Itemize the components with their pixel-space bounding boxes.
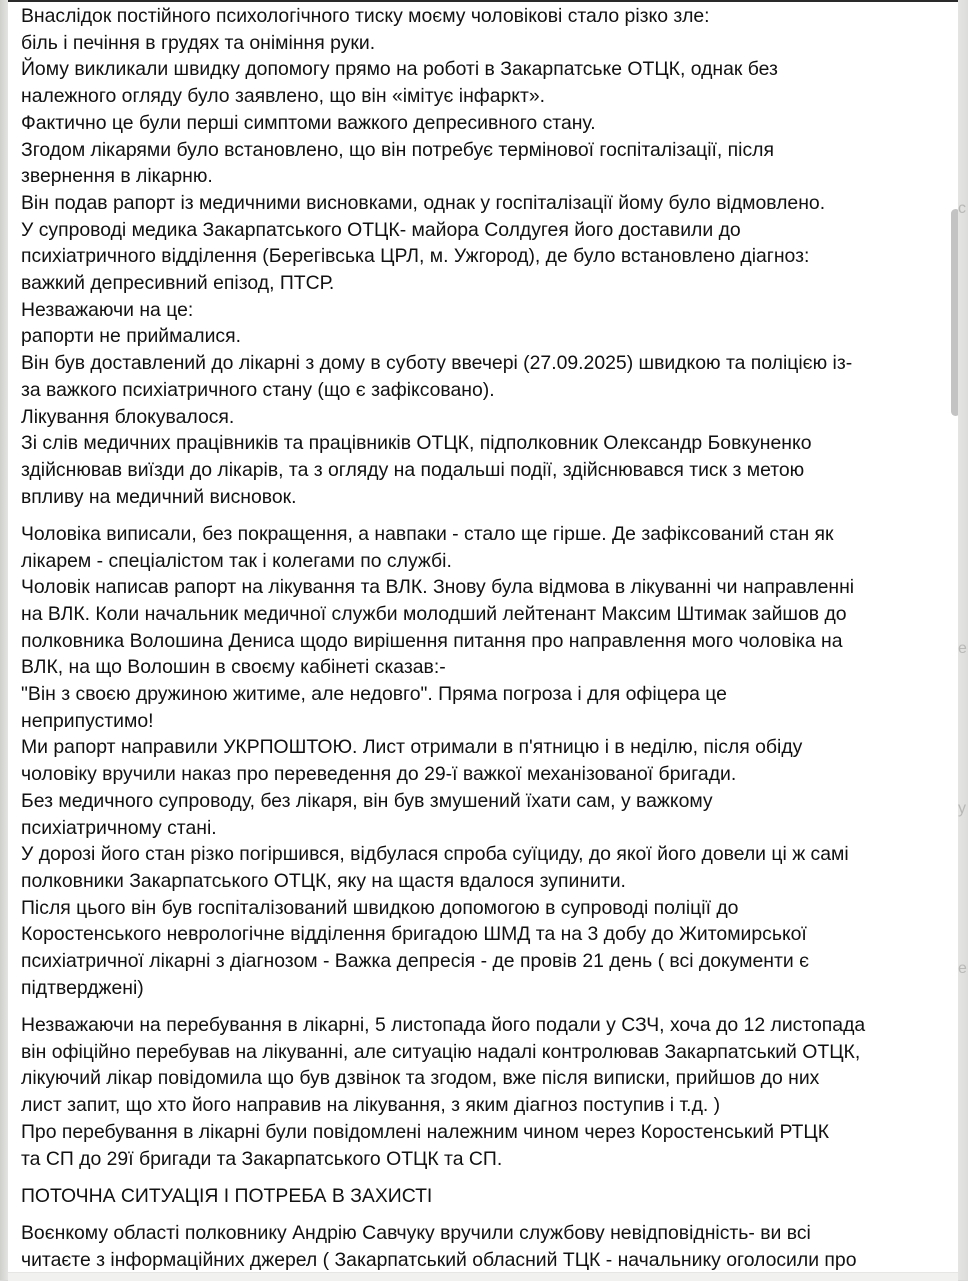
text-line: Він подав рапорт із медичними висновками… — [21, 190, 946, 217]
text-line: полковника Волошина Дениса щодо вирішенн… — [21, 628, 946, 655]
text-line: Згодом лікарями було встановлено, що він… — [21, 137, 946, 164]
text-line: на ВЛК. Коли начальник медичної служби м… — [21, 601, 946, 628]
scrollbar-thumb-icon[interactable] — [951, 209, 958, 416]
text-line: звернення в лікарню. — [21, 163, 946, 190]
paragraph-2: Чоловіка виписали, без покращення, а нав… — [21, 521, 946, 1002]
text-line: впливу на медичний висновок. — [21, 484, 946, 511]
text-line: Про перебування в лікарні були повідомле… — [21, 1119, 946, 1146]
text-line: ВЛК, на що Волошин в своєму кабінеті ска… — [21, 654, 946, 681]
final-paragraph: Воєнкому області полковнику Андрію Савчу… — [21, 1220, 946, 1272]
paragraph-3: Незважаючи на перебування в лікарні, 5 л… — [21, 1012, 946, 1172]
text-line: чоловіку вручили наказ про переведення д… — [21, 761, 946, 788]
text-line: біль і печіння в грудях та оніміння руки… — [21, 30, 946, 57]
message-text: Внаслідок постійного психологічного тиск… — [21, 3, 946, 1272]
text-line: важкий депресивний епізод, ПТСР. — [21, 270, 946, 297]
text-line: Коростенського неврологічне відділення б… — [21, 921, 946, 948]
message-panel: Внаслідок постійного психологічного тиск… — [8, 0, 958, 1272]
background-text-fragment: c — [958, 200, 968, 240]
text-line: лікарем - спеціалістом так і колегами по… — [21, 548, 946, 575]
text-line: Фактично це були перші симптоми важкого … — [21, 110, 946, 137]
text-line: лікуючий лікар повідомила що був дзвінок… — [21, 1065, 946, 1092]
text-line: Він був доставлений до лікарні з дому в … — [21, 350, 946, 377]
text-line: за важкого психіатричного стану (що є за… — [21, 377, 946, 404]
text-line: Без медичного супроводу, без лікаря, він… — [21, 788, 946, 815]
text-line: він офіційно перебував на лікуванні, але… — [21, 1039, 946, 1066]
text-line: полковники Закарпатського ОТЦК, яку на щ… — [21, 868, 946, 895]
text-line: рапорти не приймалися. — [21, 323, 946, 350]
text-line: та СП до 29ї бригади та Закарпатського О… — [21, 1146, 946, 1173]
text-line: Незважаючи на перебування в лікарні, 5 л… — [21, 1012, 946, 1039]
text-line: здійснював виїзди до лікарів, та з огляд… — [21, 457, 946, 484]
text-line: "Він з своєю дружиною житиме, але недовг… — [21, 681, 946, 708]
text-line: Йому викликали швидку допомогу прямо на … — [21, 56, 946, 83]
text-line: належного огляду було заявлено, що він «… — [21, 83, 946, 110]
paragraph-1: Внаслідок постійного психологічного тиск… — [21, 3, 946, 510]
text-line: Лікування блокувалося. — [21, 404, 946, 431]
scrollbar-track[interactable] — [948, 2, 958, 1272]
text-line: Воєнкому області полковнику Андрію Савчу… — [21, 1220, 946, 1247]
text-line: Незважаючи на це: — [21, 297, 946, 324]
text-line: Внаслідок постійного психологічного тиск… — [21, 3, 946, 30]
text-line: У дорозі його стан різко погіршився, від… — [21, 841, 946, 868]
background-text-fragment: e — [958, 960, 968, 1000]
text-line: Ми рапорт направили УКРПОШТОЮ. Лист отри… — [21, 734, 946, 761]
text-line: У супроводі медика Закарпатського ОТЦК- … — [21, 217, 946, 244]
text-line: Чоловіка виписали, без покращення, а нав… — [21, 521, 946, 548]
background-text-fragment: y — [958, 800, 968, 840]
text-line: лист запит, що хто його направив на ліку… — [21, 1092, 946, 1119]
section-heading: ПОТОЧНА СИТУАЦІЯ І ПОТРЕБА В ЗАХИСТІ — [21, 1183, 946, 1210]
panel-bottom-edge — [8, 1272, 958, 1280]
text-line: Чоловік написав рапорт на лікування та В… — [21, 574, 946, 601]
text-line: читаєте з інформаційних джерел ( Закарпа… — [21, 1247, 946, 1272]
text-line: підтверджені) — [21, 975, 946, 1002]
text-line: психіатричної лікарні з діагнозом - Важк… — [21, 948, 946, 975]
text-line: Зі слів медичних працівників та працівни… — [21, 430, 946, 457]
background-text-fragment: e — [958, 640, 968, 680]
text-line: психіатричного відділення (Берегівська Ц… — [21, 243, 946, 270]
text-line: неприпустимо! — [21, 708, 946, 735]
text-line: психіатричному стані. — [21, 815, 946, 842]
text-line: Після цього він був госпіталізований шви… — [21, 895, 946, 922]
